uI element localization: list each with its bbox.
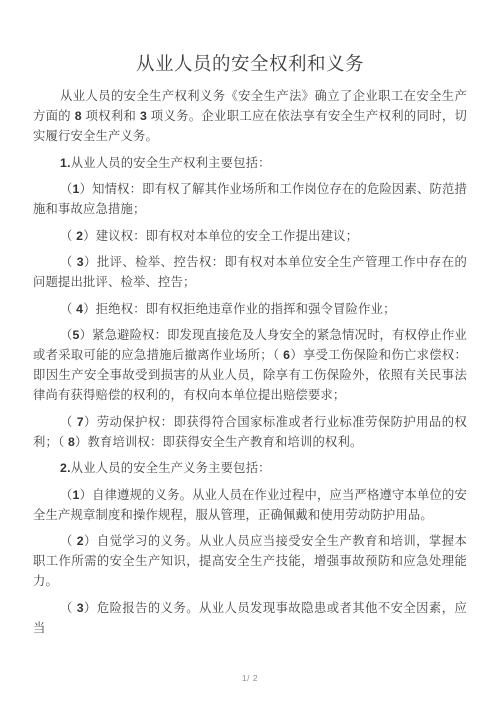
paragraph: （ 3）批评、检举、控告权：即有权对本单位安全生产管理工作中存在的问题提出批评、… xyxy=(33,252,467,292)
bold-number: 7 xyxy=(77,415,84,429)
bold-number: 5 xyxy=(73,328,80,342)
bold-number: 2. xyxy=(60,461,71,475)
page-number: 1/ 2 xyxy=(0,673,500,683)
bold-number: 1 xyxy=(73,488,80,502)
paragraph: 从业人员的安全生产权利义务《安全生产法》确立了企业职工在安全生产方面的 8 项权… xyxy=(33,86,467,146)
bold-number: 2 xyxy=(77,534,84,548)
section-heading: 2.从业人员的安全生产义务主要包括： xyxy=(33,458,467,478)
bold-number: 8 xyxy=(75,109,82,123)
bold-number: 4 xyxy=(76,302,83,316)
bold-number: 6 xyxy=(283,348,290,362)
bold-number: 3 xyxy=(77,601,84,615)
document-page: 从业人员的安全权利和义务 从业人员的安全生产权利义务《安全生产法》确立了企业职工… xyxy=(0,0,500,708)
bold-number: 1 xyxy=(73,182,80,196)
section-heading: 1.从业人员的安全生产权利主要包括： xyxy=(33,153,467,173)
paragraph: （ 7）劳动保护权：即获得符合国家标准或者行业标准劳保防护用品的权利；（ 8）教… xyxy=(33,412,467,452)
paragraph: （ 4）拒绝权：即有权拒绝违章作业的指挥和强令冒险作业； xyxy=(33,299,467,319)
paragraph: （ 2）自觉学习的义务。从业人员应当接受安全生产教育和培训，掌握本职工作所需的安… xyxy=(33,531,467,591)
paragraph: （1）知情权：即有权了解其作业场所和工作岗位存在的危险因素、防范措施和事故应急措… xyxy=(33,179,467,219)
bold-number: 2 xyxy=(76,229,83,243)
bold-number: 8 xyxy=(68,435,75,449)
bold-number: 3 xyxy=(77,255,84,269)
bold-number: 1. xyxy=(60,156,71,170)
paragraph: （ 3）危险报告的义务。从业人员发现事故隐患或者其他不安全因素，应当 xyxy=(33,598,467,638)
document-title: 从业人员的安全权利和义务 xyxy=(0,0,500,75)
paragraph: （ 2）建议权：即有权对本单位的安全工作提出建议； xyxy=(33,226,467,246)
paragraph: （5）紧急避险权：即发现直接危及人身安全的紧急情况时，有权停止作业或者采取可能的… xyxy=(33,325,467,405)
bold-number: 3 xyxy=(140,109,147,123)
document-body: 从业人员的安全生产权利义务《安全生产法》确立了企业职工在安全生产方面的 8 项权… xyxy=(33,86,467,638)
paragraph: （1）自律遵规的义务。从业人员在作业过程中，应当严格遵守本单位的安全生产规章制度… xyxy=(33,485,467,525)
